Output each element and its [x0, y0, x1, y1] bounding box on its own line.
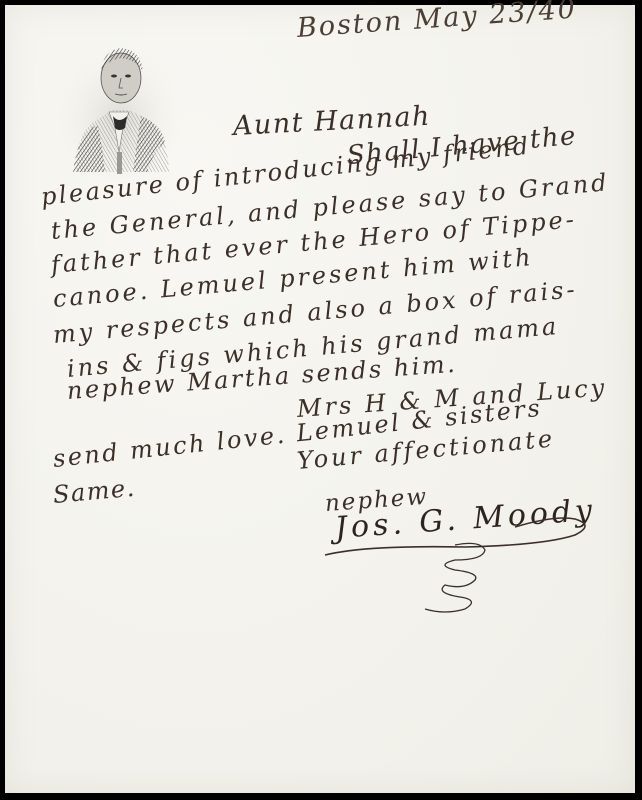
- letter-dateline: Boston May 23/40: [296, 0, 578, 44]
- signature-flourish-icon: [305, 505, 605, 625]
- letter-paper: Boston May 23/40 Aunt Hannah Shall I hav…: [5, 5, 635, 793]
- engraved-portrait-image: [57, 32, 182, 177]
- letter-line: Same.: [52, 474, 137, 509]
